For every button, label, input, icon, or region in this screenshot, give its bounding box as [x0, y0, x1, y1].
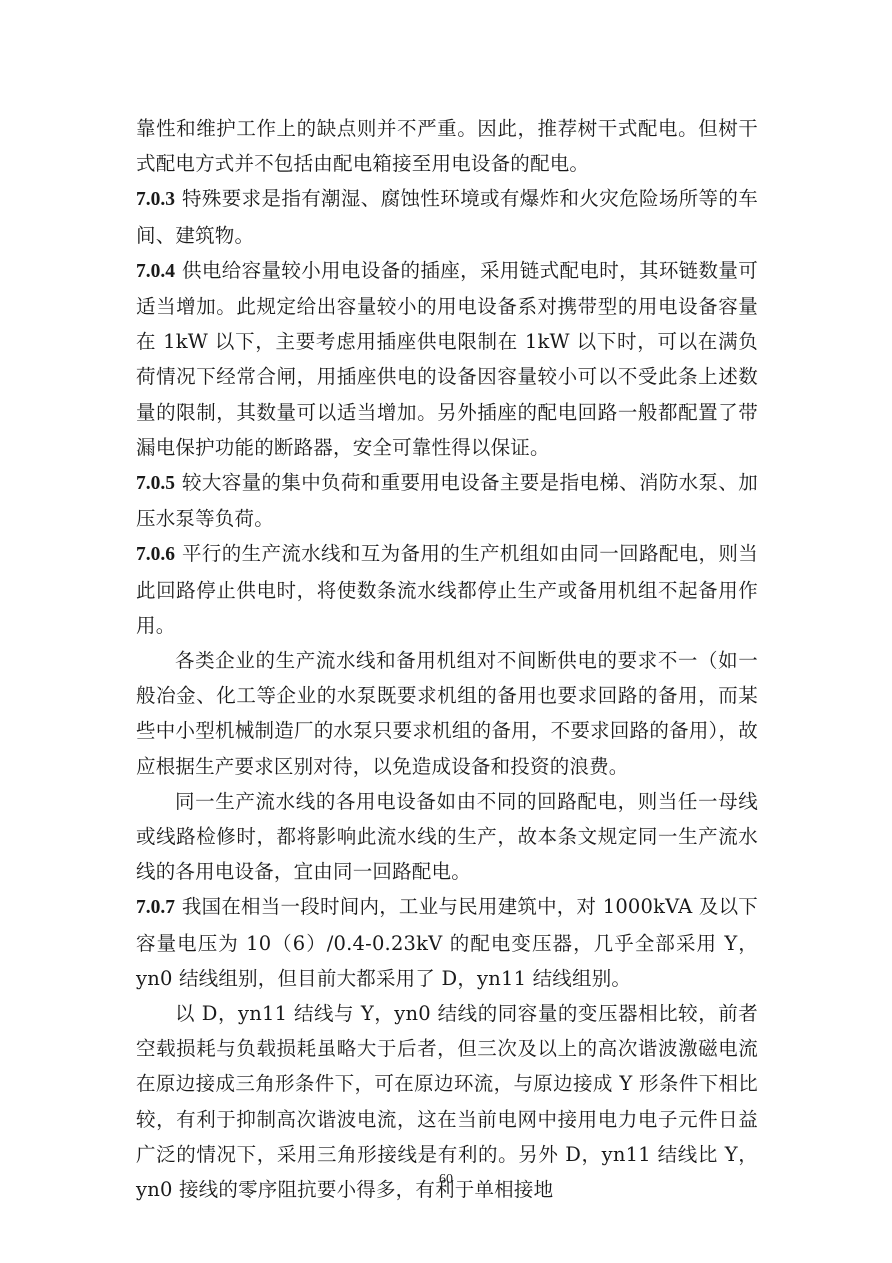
paragraph-text: 靠性和维护工作上的缺点则并不严重。因此，推荐树干式配电。但树干式配电方式并不包括…: [136, 117, 758, 175]
page-body: 靠性和维护工作上的缺点则并不严重。因此，推荐树干式配电。但树干式配电方式并不包括…: [136, 111, 758, 1207]
clause-number: 7.0.3: [136, 189, 175, 210]
paragraph-continuation: 靠性和维护工作上的缺点则并不严重。因此，推荐树干式配电。但树干式配电方式并不包括…: [136, 111, 758, 181]
clause-7-0-3: 7.0.3特殊要求是指有潮湿、腐蚀性环境或有爆炸和火灾危险场所等的车间、建筑物。: [136, 181, 758, 252]
paragraph-text: 较大容量的集中负荷和重要用电设备主要是指电梯、消防水泵、加压水泵等负荷。: [136, 471, 758, 530]
clause-7-0-7: 7.0.7我国在相当一段时间内，工业与民用建筑中，对 1000kVA 及以下容量…: [136, 889, 758, 996]
paragraph-text: 我国在相当一段时间内，工业与民用建筑中，对 1000kVA 及以下容量电压为 1…: [136, 895, 758, 989]
paragraph-text: 特殊要求是指有潮湿、腐蚀性环境或有爆炸和火灾危险场所等的车间、建筑物。: [136, 187, 758, 246]
clause-number: 7.0.7: [136, 897, 175, 918]
paragraph-text: 各类企业的生产流水线和备用机组对不间断供电的要求不一（如一般冶金、化工等企业的水…: [136, 649, 758, 778]
clause-number: 7.0.6: [136, 544, 175, 565]
clause-7-0-4: 7.0.4供电给容量较小用电设备的插座，采用链式配电时，其环链数量可适当增加。此…: [136, 253, 758, 465]
page-number: 60: [0, 1172, 892, 1188]
paragraph-enterprise-requirements: 各类企业的生产流水线和备用机组对不间断供电的要求不一（如一般冶金、化工等企业的水…: [136, 643, 758, 784]
paragraph-text: 供电给容量较小用电设备的插座，采用链式配电时，其环链数量可适当增加。此规定给出容…: [136, 259, 758, 459]
paragraph-text: 同一生产流水线的各用电设备如由不同的回路配电，则当任一母线或线路检修时，都将影响…: [136, 790, 758, 883]
paragraph-text: 平行的生产流水线和互为备用的生产机组如由同一回路配电，则当此回路停止供电时，将使…: [136, 542, 758, 636]
clause-number: 7.0.4: [136, 261, 175, 282]
clause-number: 7.0.5: [136, 473, 175, 494]
clause-7-0-5: 7.0.5较大容量的集中负荷和重要用电设备主要是指电梯、消防水泵、加压水泵等负荷…: [136, 465, 758, 536]
paragraph-same-production-line: 同一生产流水线的各用电设备如由不同的回路配电，则当任一母线或线路检修时，都将影响…: [136, 784, 758, 890]
clause-7-0-6: 7.0.6平行的生产流水线和互为备用的生产机组如由同一回路配电，则当此回路停止供…: [136, 536, 758, 643]
